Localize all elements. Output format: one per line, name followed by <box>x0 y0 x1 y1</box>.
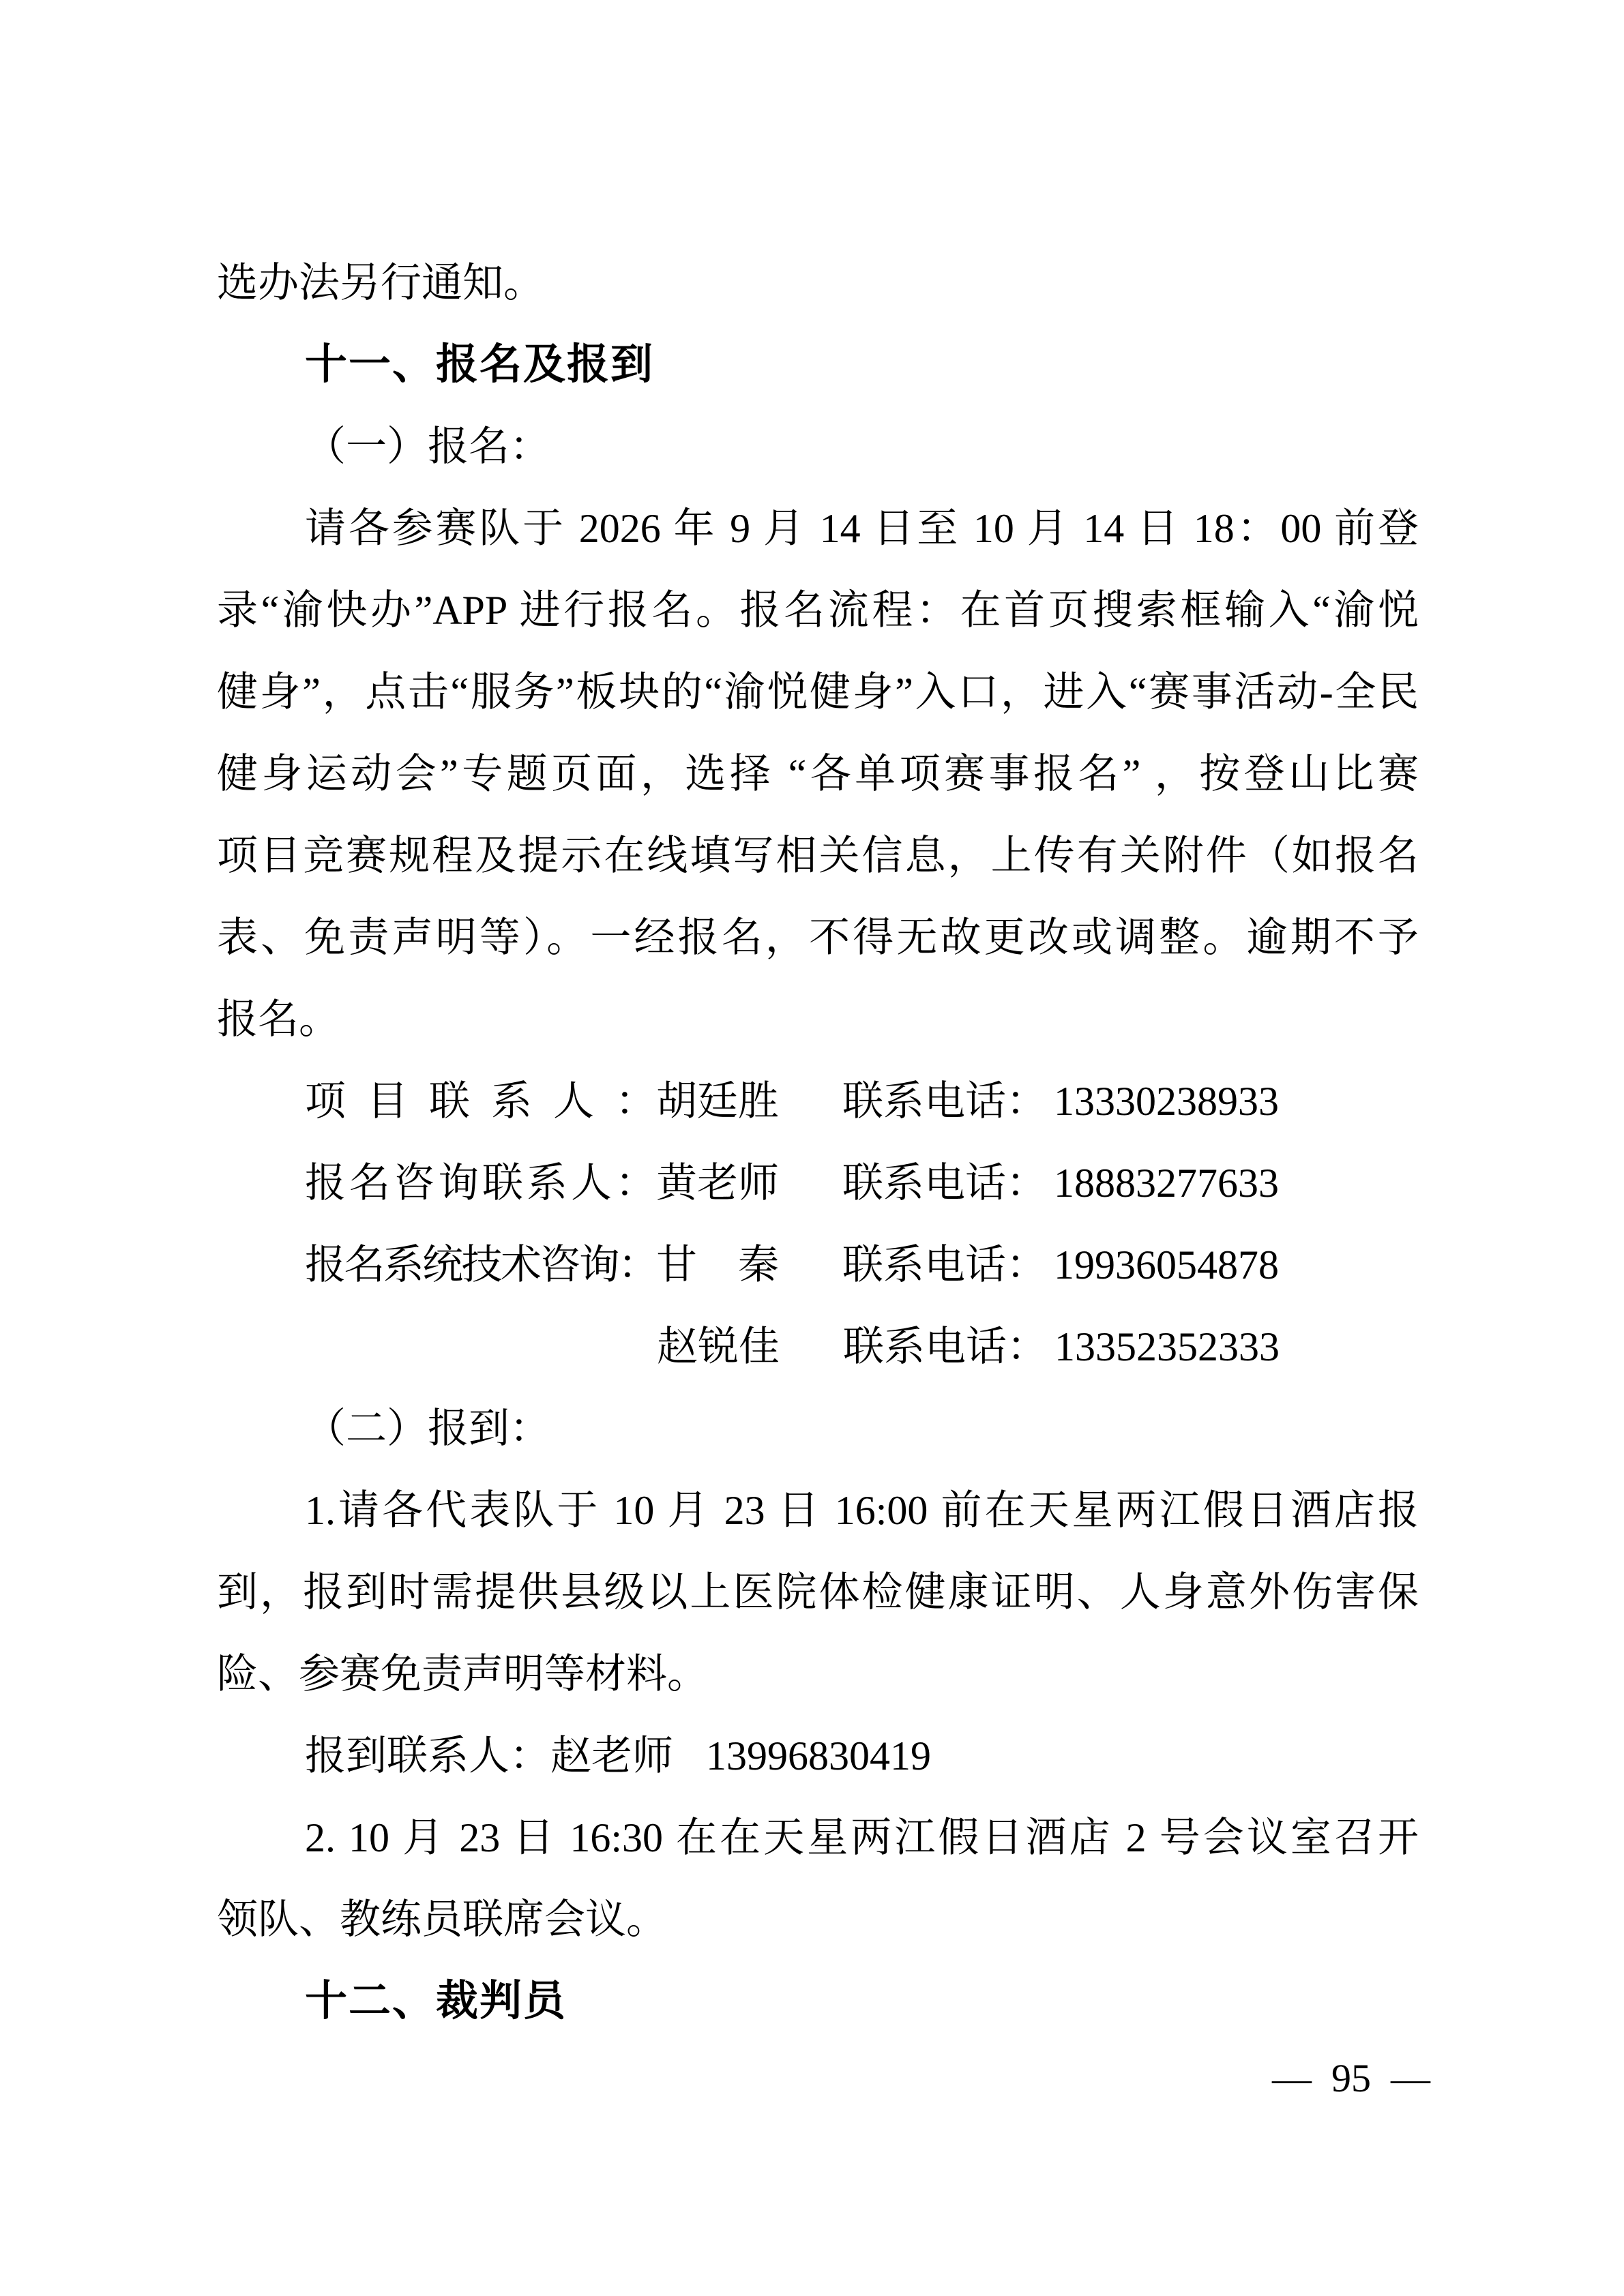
phone-number: 13996830419 <box>706 1733 931 1778</box>
paragraph-line: 到，报到时需提供县级以上医院体检健康证明、人身意外伤害保 <box>217 1551 1419 1633</box>
contact-line-tech: 报名系统技术咨询：甘 秦联系电话：19936054878 <box>217 1224 1419 1306</box>
paragraph-line: 表、免责声明等）。一经报名，不得无故更改或调整。逾期不予 <box>217 897 1419 979</box>
paragraph-line: 1.请各代表队于 10 月 23 日 16:00 前在天星两江假日酒店报 <box>217 1470 1419 1551</box>
paragraph-line: 健身运动会”专题页面，选择 “各单项赛事报名” ，按登山比赛 <box>217 733 1419 815</box>
contact-name: 黄老师 <box>656 1142 842 1224</box>
phone-number: 13330238933 <box>1054 1079 1279 1124</box>
phone-label: 联系电话： <box>842 1060 1048 1142</box>
contact-name: 赵老师 <box>550 1733 673 1778</box>
section-heading-11: 十一、报名及报到 <box>217 324 1419 406</box>
contact-line-project: 项目联系人：胡廷胜联系电话：13330238933 <box>217 1060 1419 1142</box>
contact-name: 甘 秦 <box>656 1224 842 1306</box>
paragraph-line: 请各参赛队于 2026 年 9 月 14 日至 10 月 14 日 18：00 … <box>217 488 1419 569</box>
paragraph-line: 2. 10 月 23 日 16:30 在在天星两江假日酒店 2 号会议室召开 <box>217 1797 1419 1879</box>
phone-number: 13352352333 <box>1054 1324 1280 1369</box>
contact-line-checkin: 报到联系人：赵老师13996830419 <box>217 1715 1419 1797</box>
paragraph-line: 险、参赛免责声明等材料。 <box>217 1633 1419 1715</box>
paragraph-line: 领队、教练员联席会议。 <box>217 1879 1419 1960</box>
contact-name: 胡廷胜 <box>656 1060 842 1142</box>
phone-number: 19936054878 <box>1054 1242 1279 1287</box>
contact-name: 赵锐佳 <box>657 1306 843 1388</box>
paragraph-line: 报名。 <box>217 979 1419 1060</box>
paragraph-line: 项目竞赛规程及提示在线填写相关信息，上传有关附件（如报名 <box>217 815 1419 897</box>
phone-label: 联系电话： <box>842 1142 1048 1224</box>
page-number: — 95 — <box>1272 2057 1430 2100</box>
subsection-heading-checkin: （二）报到： <box>217 1388 1419 1470</box>
subsection-heading-registration: （一）报名： <box>217 406 1419 488</box>
contact-line-tech2: 赵锐佳联系电话：13352352333 <box>217 1306 1419 1388</box>
document-body: 选办法另行通知。 十一、报名及报到 （一）报名： 请各参赛队于 2026 年 9… <box>217 242 1419 2042</box>
phone-number: 18883277633 <box>1054 1161 1279 1206</box>
contact-label: 报到联系人： <box>305 1733 550 1778</box>
paragraph-line: 健身”，点击“服务”板块的“渝悦健身”入口，进入“赛事活动-全民 <box>217 651 1419 733</box>
contact-label: 报名系统技术咨询： <box>305 1224 656 1306</box>
phone-label: 联系电话： <box>842 1224 1048 1306</box>
phone-label: 联系电话： <box>843 1306 1049 1388</box>
contact-label: 项目联系人： <box>305 1060 656 1142</box>
section-heading-12: 十二、裁判员 <box>217 1960 1419 2042</box>
paragraph-line: 录“渝快办”APP 进行报名。报名流程：在首页搜索框输入“渝悦 <box>217 569 1419 651</box>
paragraph-tail-line: 选办法另行通知。 <box>217 242 1419 324</box>
contact-line-consult: 报名咨询联系人：黄老师联系电话：18883277633 <box>217 1142 1419 1224</box>
document-page: 选办法另行通知。 十一、报名及报到 （一）报名： 请各参赛队于 2026 年 9… <box>0 0 1624 2296</box>
contact-label: 报名咨询联系人： <box>305 1142 656 1224</box>
